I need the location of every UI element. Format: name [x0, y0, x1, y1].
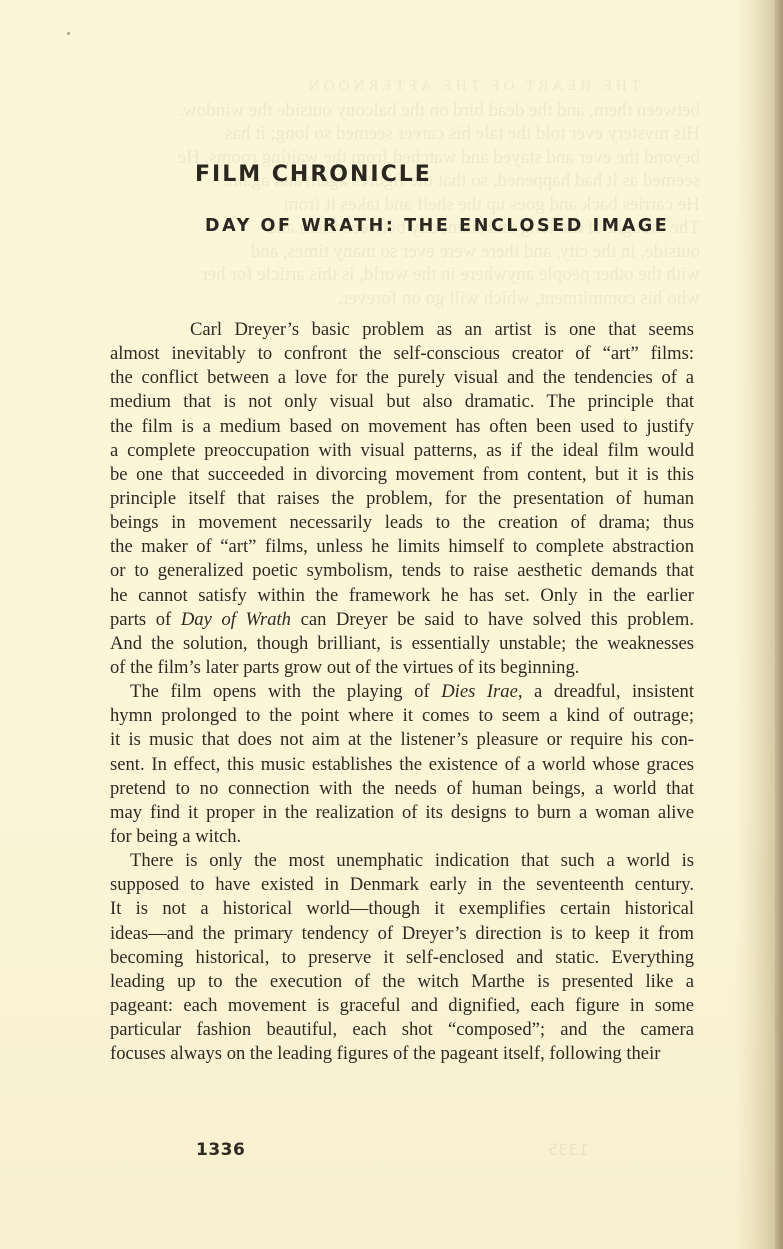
text-line: parts of Day of Wrath can Dreyer be said… [110, 608, 694, 632]
text-line: the film is a medium based on movement h… [110, 415, 694, 439]
text-line: pageant: each movement is graceful and d… [110, 994, 694, 1018]
text-line: the maker of “art” films, unless he limi… [110, 535, 694, 559]
text-line: There is only the most unemphatic indica… [110, 849, 694, 873]
text-line: of the film’s later parts grow out of th… [110, 656, 694, 680]
text-line: be one that succeeded in divorcing movem… [110, 463, 694, 487]
text-line: medium that is not only visual but also … [110, 390, 694, 414]
text-line: Carl Dreyer’s basic problem as an artist… [110, 318, 694, 342]
text-line: the conflict between a love for the pure… [110, 366, 694, 390]
text-line: principle itself that raises the problem… [110, 487, 694, 511]
text-line: focuses always on the leading figures of… [110, 1042, 694, 1066]
article-title: DAY OF WRATH: THE ENCLOSED IMAGE [205, 215, 669, 237]
page-number: 1336 [196, 1140, 245, 1160]
text-line: It is not a historical world—though it e… [110, 897, 694, 921]
text-line: ideas—and the primary tendency of Dreyer… [110, 922, 694, 946]
text-line: pretend to no connection with the needs … [110, 777, 694, 801]
text-run: can Dreyer be said to have solved this p… [291, 609, 694, 630]
bleed-line: outside, in the city, and there were eve… [110, 240, 700, 264]
bleed-line: He carries back and goes up the shelf an… [110, 193, 700, 217]
text-run: a dreadful, insistent [523, 681, 695, 702]
bleed-through-text: THE HEART OF THE AFTERNOON between them,… [110, 75, 700, 310]
bleed-line: between them, and the dead bird on the b… [110, 99, 700, 123]
section-header: FILM CHRONICLE [195, 162, 432, 188]
text-line: leading up to the execution of the witch… [110, 970, 694, 994]
text-line: a complete preoccupation with visual pat… [110, 439, 694, 463]
text-line: sent. In effect, this music establishes … [110, 753, 694, 777]
paper-speck [67, 32, 70, 35]
text-line: particular fashion beautiful, each shot … [110, 1018, 694, 1042]
text-line: hymn prolonged to the point where it com… [110, 704, 694, 728]
book-page: THE HEART OF THE AFTERNOON between them,… [0, 0, 783, 1249]
binding-shadow [775, 0, 783, 1249]
article-body: Carl Dreyer’s basic problem as an artist… [110, 318, 694, 1066]
bleed-through-page-number: 1335 [548, 1140, 589, 1159]
section-title: FILM CHRONICLE [195, 162, 432, 188]
text-line: he cannot satisfy within the framework h… [110, 584, 694, 608]
text-line: beings in movement necessarily leads to … [110, 511, 694, 535]
text-line: almost inevitably to confront the self-c… [110, 342, 694, 366]
italic-title: Day of Wrath [181, 609, 291, 630]
bleed-through-header: THE HEART OF THE AFTERNOON [110, 75, 640, 99]
text-line: And the solution, though brilliant, is e… [110, 632, 694, 656]
bleed-line: His mystery ever told the tale his caree… [110, 122, 700, 146]
text-line: or to generalized poetic symbolism, tend… [110, 559, 694, 583]
text-line: supposed to have existed in Denmark earl… [110, 873, 694, 897]
bleed-line: with the other people anywhere in the wo… [110, 263, 700, 287]
text-line: The film opens with the playing of Dies … [110, 680, 694, 704]
italic-title: Dies Irae, [441, 681, 522, 702]
text-run: parts of [110, 609, 181, 630]
text-run: The film opens with the playing of [130, 681, 441, 702]
text-line: becoming historical, to preserve it self… [110, 946, 694, 970]
text-line: it is music that does not aim at the lis… [110, 728, 694, 752]
text-line: may find it proper in the realization of… [110, 801, 694, 825]
text-line: for being a witch. [110, 825, 694, 849]
bleed-line: who his commitment, which will go on for… [110, 287, 700, 311]
